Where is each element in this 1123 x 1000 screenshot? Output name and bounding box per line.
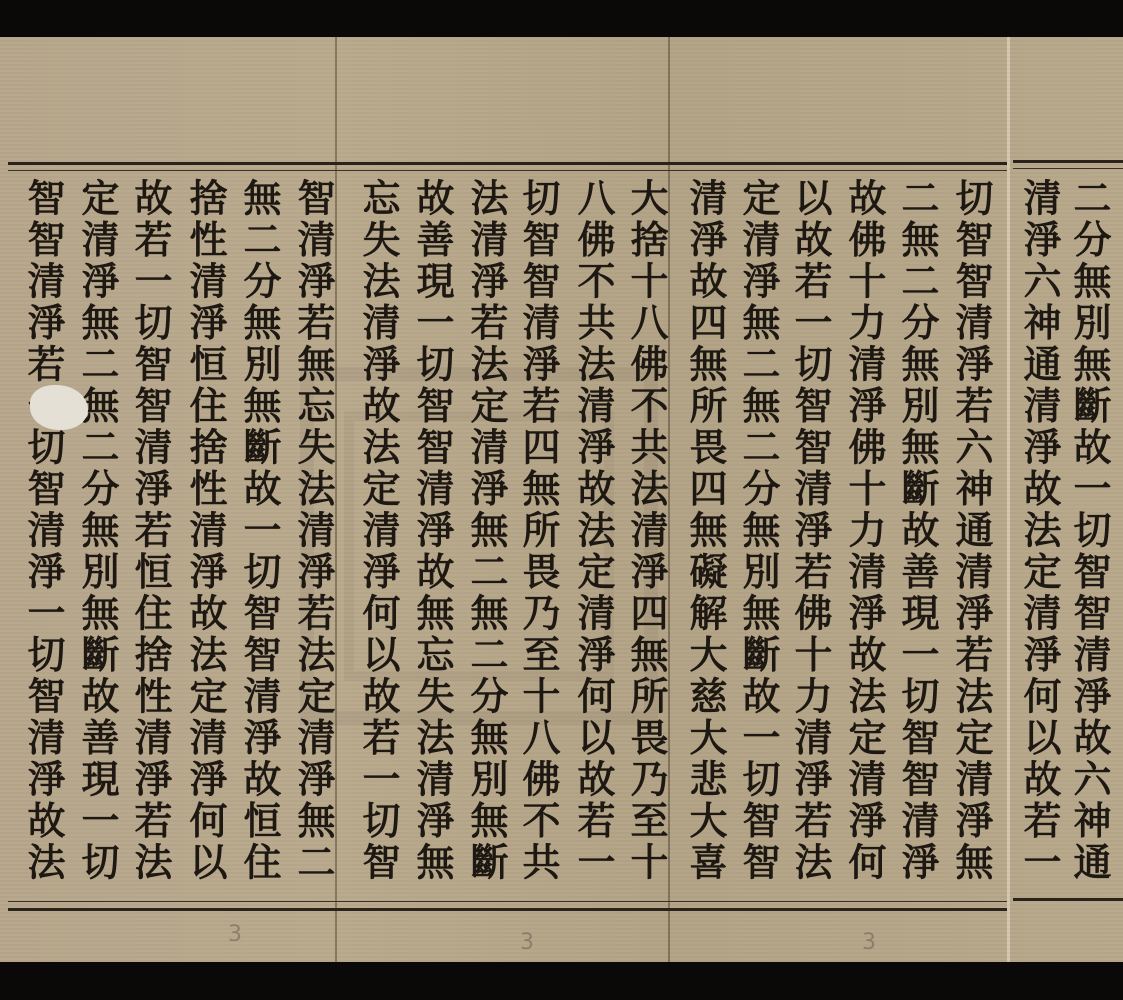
- text-column: 忘失法清淨故法定清淨何以故若一切智: [356, 178, 400, 898]
- text-column: 故佛十力清淨佛十力清淨故法定清淨何: [842, 178, 886, 898]
- pencil-mark: 3: [520, 930, 534, 955]
- text-column: 以故若一切智智清淨若佛十力清淨若法: [788, 178, 832, 898]
- top-border-inner-rule: [8, 170, 1007, 171]
- page-seam: [1007, 37, 1010, 962]
- text-column: 定清淨無二無二分無別無斷故一切智智: [736, 178, 780, 898]
- top-border-rule: [8, 162, 1007, 165]
- bottom-border-inner-rule: [8, 901, 1007, 902]
- text-column: 智清淨若無忘失法清淨若法定清淨無二: [291, 178, 335, 898]
- text-column: 故善現一切智智清淨故無忘失法清淨無: [410, 178, 454, 898]
- bottom-border-rule: [8, 908, 1007, 911]
- text-column: 切智智清淨若四無所畏乃至十八佛不共: [516, 178, 560, 898]
- text-column: 定清淨無二無二分無別無斷故善現一切: [75, 178, 119, 898]
- text-column: 清淨六神通清淨故法定清淨何以故若一: [1017, 178, 1061, 898]
- text-column: 切智智清淨若六神通清淨若法定清淨無: [949, 178, 993, 898]
- pencil-mark: 3: [228, 922, 242, 947]
- text-column: 故若一切智智清淨若恒住捨性清淨若法: [128, 178, 172, 898]
- text-column: 清淨故四無所畏四無礙解大慈大悲大喜: [683, 178, 727, 898]
- text-column: 大捨十八佛不共法清淨四無所畏乃至十: [624, 178, 668, 898]
- top-border-inner-rule-right: [1013, 168, 1123, 169]
- text-column: 無二分無別無斷故一切智智清淨故恒住: [237, 178, 281, 898]
- text-column: 智智清淨若一切智清淨一切智清淨故法: [21, 178, 65, 898]
- pencil-mark: 3: [862, 930, 876, 955]
- text-column: 二分無別無斷故一切智智清淨故六神通: [1067, 178, 1111, 898]
- text-column: 捨性清淨恒住捨性清淨故法定清淨何以: [183, 178, 227, 898]
- text-column: 二無二分無別無斷故善現一切智智清淨: [895, 178, 939, 898]
- text-column: 法清淨若法定清淨無二無二分無別無斷: [464, 178, 508, 898]
- top-border-rule-right: [1013, 160, 1123, 163]
- bottom-border-rule-right: [1013, 898, 1123, 901]
- text-column: 八佛不共法清淨故法定清淨何以故若一: [571, 178, 615, 898]
